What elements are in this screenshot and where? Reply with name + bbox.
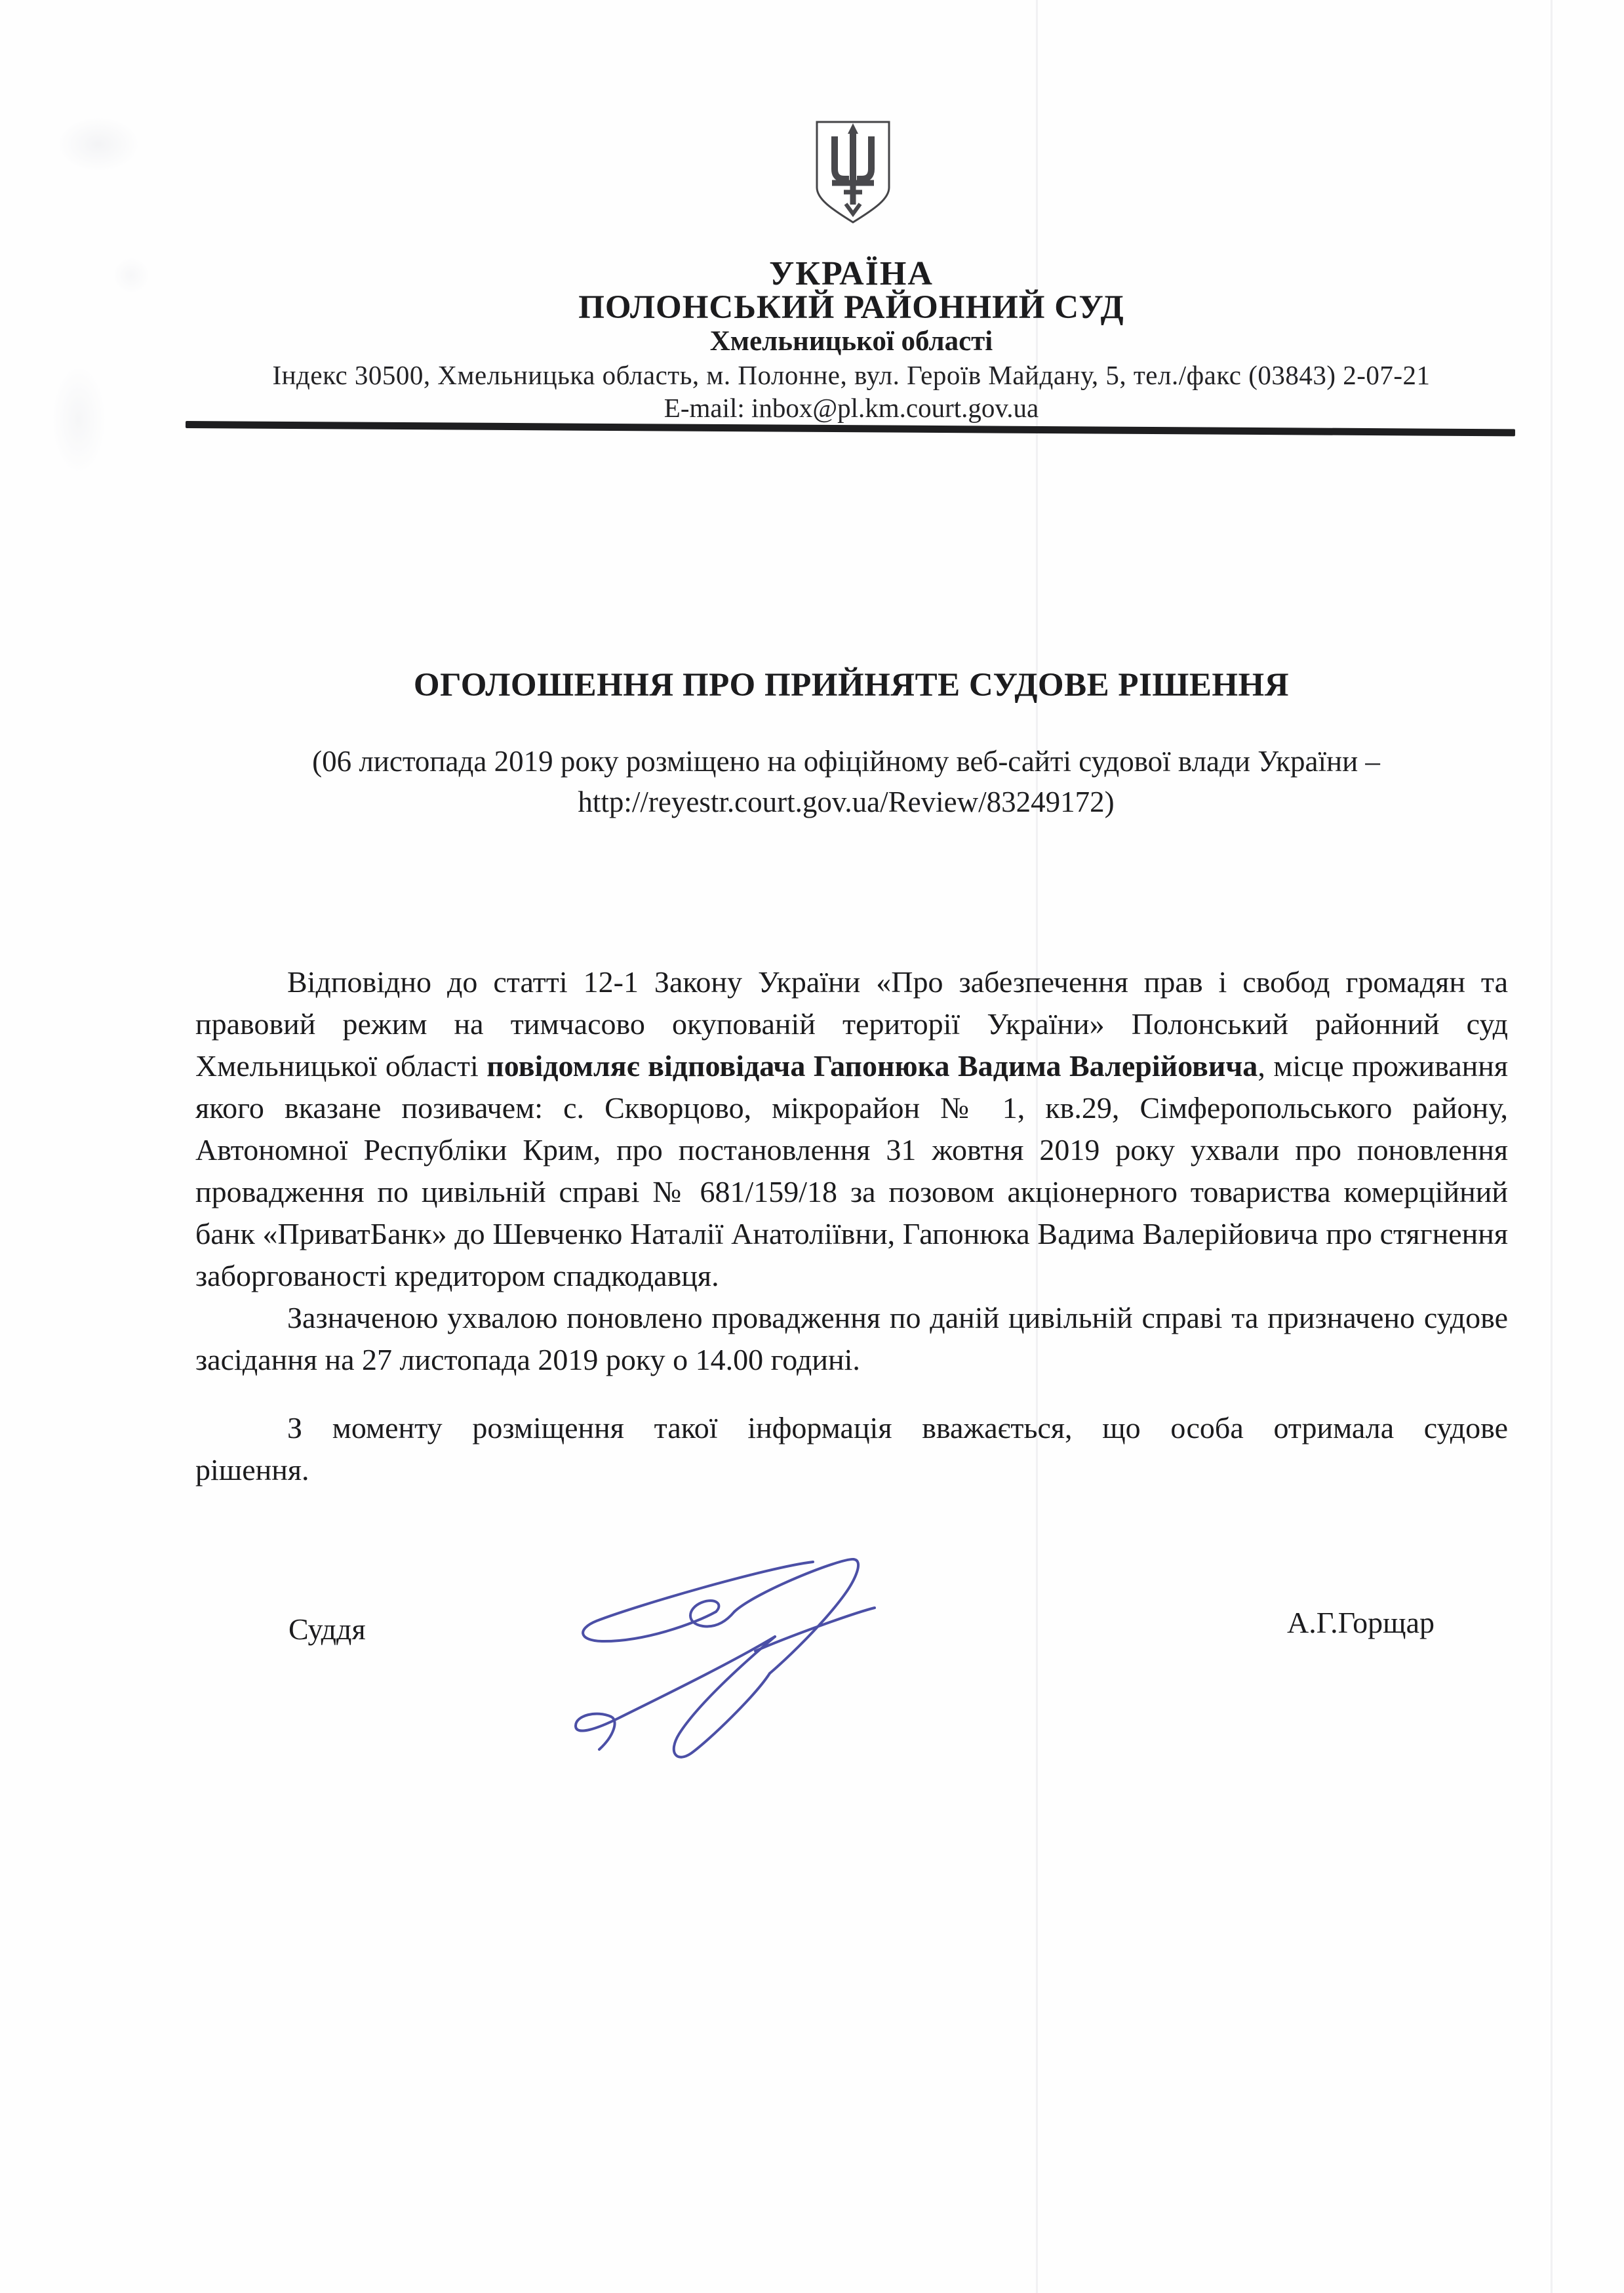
paragraph-1-text-cont: , місце проживання якого вказане позивач… [195,1049,1508,1292]
document-title: ОГОЛОШЕННЯ ПРО ПРИЙНЯТЕ СУДОВЕ РІШЕННЯ [39,666,1624,704]
country-name: УКРАЇНА [39,254,1624,293]
court-name: ПОЛОНСЬКИЙ РАЙОННИЙ СУД [39,289,1624,327]
paragraph-3: З моменту розміщення такої інформація вв… [195,1407,1508,1491]
judge-label: Суддя [288,1612,366,1646]
judge-signature [559,1553,884,1773]
publication-note-line2: http://reyestr.court.gov.ua/Review/83249… [34,782,1624,822]
ukraine-coat-of-arms-icon [812,118,894,227]
court-region: Хмельницької області [39,325,1624,357]
publication-note: (06 листопада 2019 року розміщено на офі… [34,741,1624,822]
paragraph-1: Відповідно до статті 12-1 Закону України… [195,961,1508,1297]
publication-note-line1: (06 листопада 2019 року розміщено на офі… [34,741,1624,782]
court-email: E-mail: inbox@pl.km.court.gov.ua [39,392,1624,424]
judge-name: А.Г.Горщар [1287,1605,1435,1640]
court-address: Індекс 30500, Хмельницька область, м. По… [39,359,1624,391]
document-body: Відповідно до статті 12-1 Закону України… [195,961,1508,1491]
defendant-name-bold: повідомляє відповідача Гапонюка Вадима В… [486,1049,1258,1083]
paragraph-2: Зазначеною ухвалою поновлено провадження… [195,1297,1508,1381]
document-page: УКРАЇНА ПОЛОНСЬКИЙ РАЙОННИЙ СУД Хмельниц… [0,0,1624,2293]
